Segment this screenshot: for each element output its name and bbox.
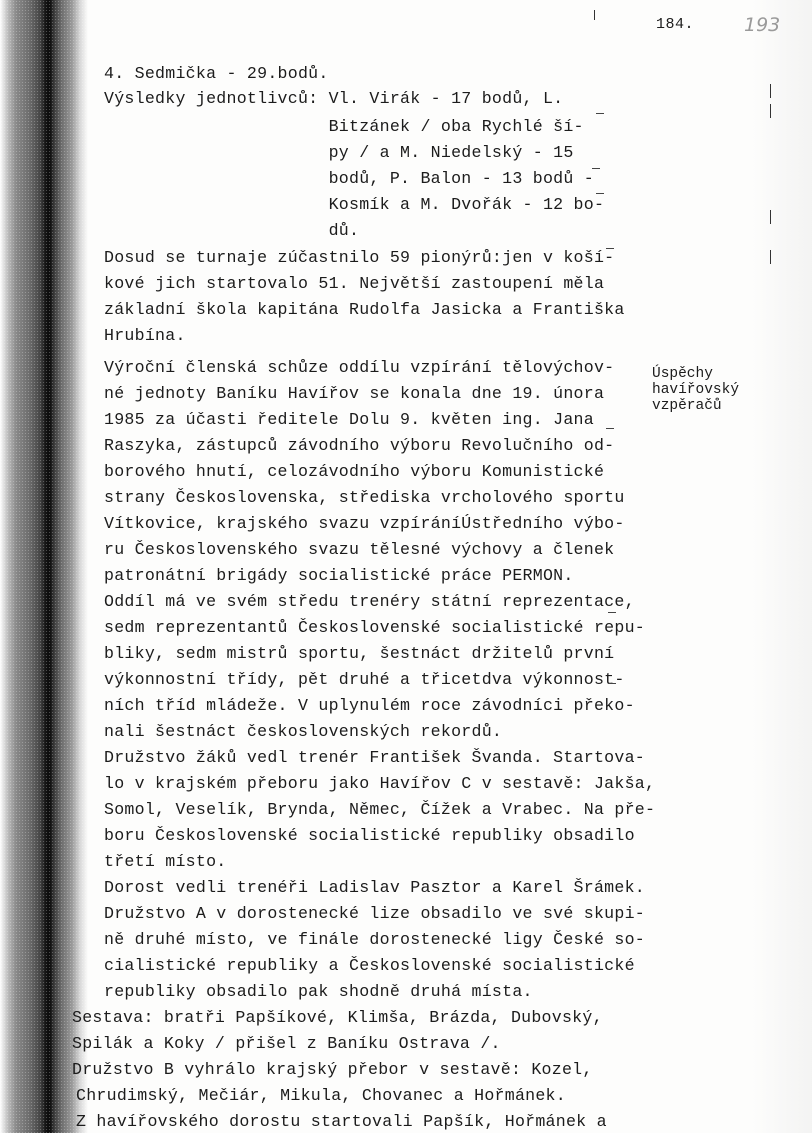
text-line: Bitzánek / oba Rychlé ší- — [104, 117, 584, 136]
text-line: Družstvo B vyhrálo krajský přebor v sest… — [72, 1060, 593, 1079]
text-line: základní škola kapitána Rudolfa Jasicka … — [104, 300, 625, 319]
text-line: kové jich startovalo 51. Největší zastou… — [104, 274, 604, 293]
text-line: Výsledky jednotlivců: Vl. Virák - 17 bod… — [104, 89, 563, 108]
scanned-page: 184. 193 4. Sedmička - 29.bodů.Výsledky … — [0, 0, 812, 1133]
text-line: Somol, Veselík, Brynda, Němec, Čížek a V… — [104, 800, 655, 819]
text-line: sedm reprezentantů Československé social… — [104, 618, 645, 637]
text-line: borového hnutí, celozávodního výboru Kom… — [104, 462, 604, 481]
text-line: py / a M. Niedelský - 15 — [104, 143, 574, 162]
scan-mark — [594, 10, 595, 20]
margin-dash — [606, 248, 614, 249]
scan-edge-shading — [752, 0, 812, 1133]
text-line: Oddíl má ve svém středu trenéry státní r… — [104, 592, 635, 611]
text-line: dů. — [104, 221, 359, 240]
margin-note: Úspěchy havířovský vzpěračů — [652, 366, 739, 414]
text-line: Chrudimský, Mečiár, Mikula, Chovanec a H… — [76, 1086, 566, 1105]
margin-dash — [596, 193, 604, 194]
text-line: Spilák a Koky / přišel z Baníku Ostrava … — [72, 1034, 501, 1053]
text-line: Kosmík a M. Dvořák - 12 bo- — [104, 195, 604, 214]
text-line: né jednoty Baníku Havířov se konala dne … — [104, 384, 604, 403]
margin-dash — [608, 612, 616, 613]
text-line: výkonnostní třídy, pět druhé a třicetdva… — [104, 670, 625, 689]
page-number: 184. — [656, 16, 694, 33]
margin-dash — [596, 113, 604, 114]
text-line: Družstvo A v dorostenecké lize obsadilo … — [104, 904, 645, 923]
text-line: třetí místo. — [104, 852, 227, 871]
text-line: Družstvo žáků vedl trenér František Švan… — [104, 748, 645, 767]
margin-dash — [608, 683, 616, 684]
text-line: 4. Sedmička - 29.bodů. — [104, 64, 329, 83]
text-line: Raszyka, zástupců závodního výboru Revol… — [104, 436, 614, 455]
text-line: ně druhé místo, ve finále dorostenecké l… — [104, 930, 645, 949]
text-line: bliky, sedm mistrů sportu, šestnáct drži… — [104, 644, 614, 663]
text-line: nali šestnáct československých rekordů. — [104, 722, 502, 741]
text-line: Výroční členská schůze oddílu vzpírání t… — [104, 358, 614, 377]
text-line: patronátní brigády socialistické práce P… — [104, 566, 574, 585]
text-line: Hrubína. — [104, 326, 186, 345]
text-line: Sestava: bratři Papšíkové, Klimša, Brázd… — [72, 1008, 603, 1027]
text-line: ních tříd mládeže. V uplynulém roce závo… — [104, 696, 635, 715]
text-line: Z havířovského dorostu startovali Papšík… — [76, 1112, 607, 1131]
scan-mark — [770, 84, 771, 98]
text-line: Dosud se turnaje zúčastnilo 59 pionýrů:j… — [104, 248, 614, 267]
binding-shadow — [0, 0, 88, 1133]
text-line: strany Československa, střediska vrcholo… — [104, 488, 625, 507]
scan-mark — [770, 104, 771, 118]
scan-mark — [770, 210, 771, 224]
text-line: boru Československé socialistické republ… — [104, 826, 635, 845]
text-line: cialistické republiky a Československé s… — [104, 956, 635, 975]
text-line: ru Československého svazu tělesné výchov… — [104, 540, 614, 559]
scan-mark — [770, 250, 771, 264]
margin-dash — [592, 168, 600, 169]
archive-number: 193 — [744, 14, 780, 36]
text-line: lo v krajském přeboru jako Havířov C v s… — [104, 774, 655, 793]
margin-dash — [606, 428, 614, 429]
text-line: bodů, P. Balon - 13 bodů - — [104, 169, 594, 188]
text-line: Vítkovice, krajského svazu vzpíráníÚstře… — [104, 514, 625, 533]
text-line: republiky obsadilo pak shodně druhá míst… — [104, 982, 533, 1001]
text-line: 1985 za účasti ředitele Dolu 9. květen i… — [104, 410, 594, 429]
text-line: Dorost vedli trenéři Ladislav Pasztor a … — [104, 878, 645, 897]
